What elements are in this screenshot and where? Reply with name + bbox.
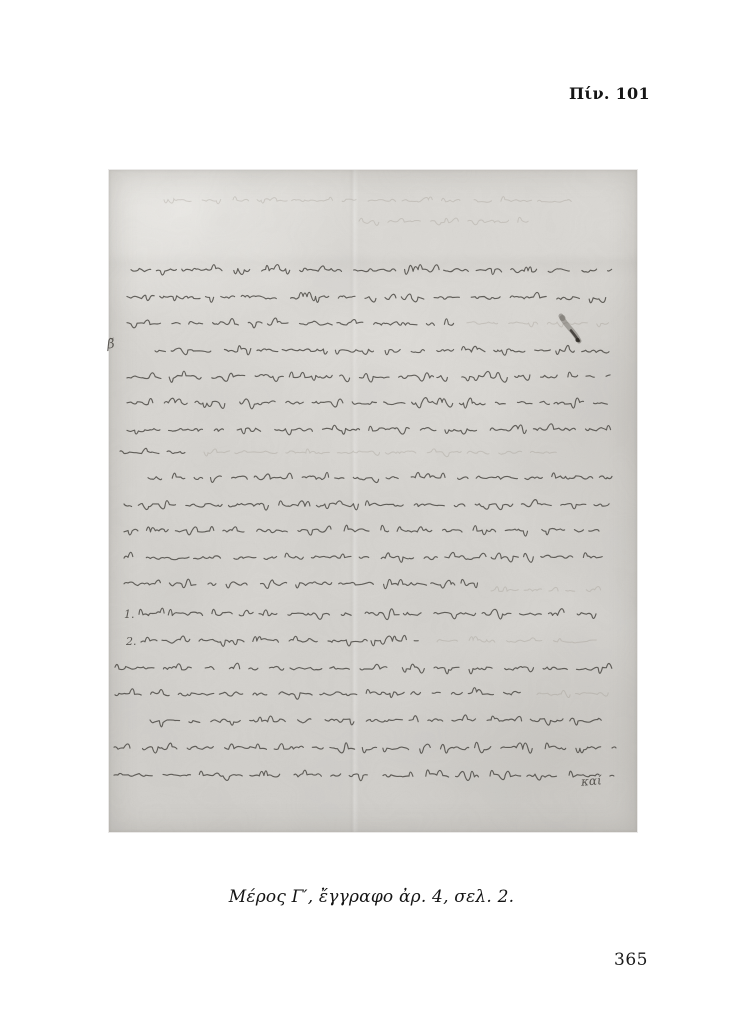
manuscript-numeral: 2. — [125, 635, 137, 648]
page-number: 365 — [614, 950, 648, 970]
manuscript-margin-mark: β̃ — [106, 338, 115, 352]
book-page: Πίν. 101 1.2. β̃ καί Μέρος Γ′, ἔγγραφο ἀ… — [0, 0, 743, 1027]
manuscript-handwriting: 1.2. — [109, 170, 637, 832]
manuscript-numeral: 1. — [124, 608, 135, 621]
manuscript-catchword: καί — [581, 774, 602, 787]
ink-smudge-dot — [576, 338, 580, 342]
plate-number-label: Πίν. 101 — [569, 85, 650, 103]
ink-smudge-blob — [560, 315, 566, 321]
manuscript-photo: 1.2. β̃ καί — [109, 170, 637, 832]
plate-caption: Μέρος Γ′, ἔγγραφο ἀρ. 4, σελ. 2. — [0, 887, 743, 908]
